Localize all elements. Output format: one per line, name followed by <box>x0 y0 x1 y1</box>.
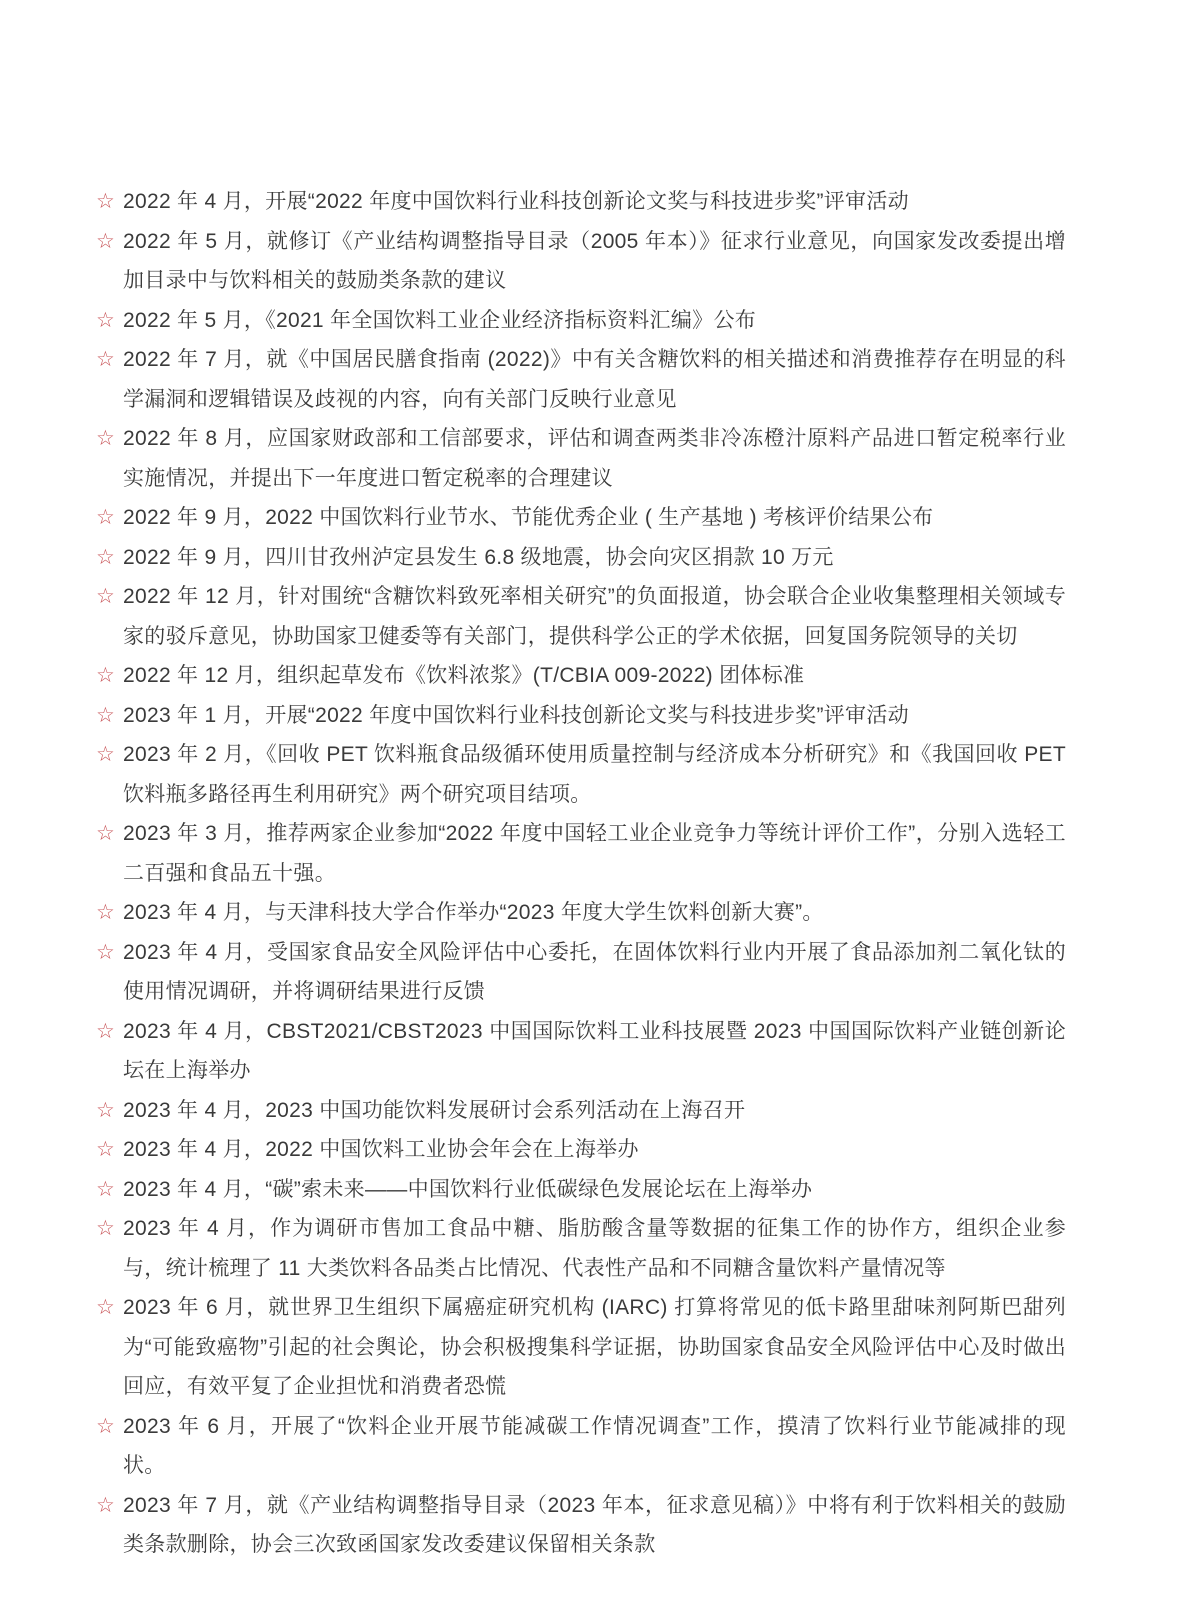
list-item: ☆ 2022 年 9 月，2022 中国饮料行业节水、节能优秀企业 ( 生产基地… <box>96 498 1066 538</box>
list-item-text: 2023 年 7 月，就《产业结构调整指导目录（2023 年本，征求意见稿）》中… <box>123 1494 1066 1557</box>
star-bullet-icon: ☆ <box>96 1486 120 1526</box>
list-item-text: 2023 年 1 月，开展“2022 年度中国饮料行业科技创新论文奖与科技进步奖… <box>123 704 909 727</box>
list-item: ☆ 2023 年 2 月，《回收 PET 饮料瓶食品级循环使用质量控制与经济成本… <box>96 735 1066 814</box>
list-item: ☆ 2023 年 4 月，CBST2021/CBST2023 中国国际饮料工业科… <box>96 1012 1066 1091</box>
list-item-text: 2022 年 12 月，组织起草发布《饮料浓浆》(T/CBIA 009-2022… <box>123 664 804 687</box>
list-item-text: 2023 年 6 月，开展了“饮料企业开展节能减碳工作情况调查”工作，摸清了饮料… <box>123 1415 1066 1478</box>
star-bullet-icon: ☆ <box>96 1091 120 1131</box>
star-bullet-icon: ☆ <box>96 340 120 380</box>
list-item: ☆ 2022 年 8 月，应国家财政部和工信部要求，评估和调查两类非冷冻橙汁原料… <box>96 419 1066 498</box>
star-bullet-icon: ☆ <box>96 182 120 222</box>
list-item: ☆ 2023 年 4 月，2022 中国饮料工业协会年会在上海举办 <box>96 1130 1066 1170</box>
list-item-text: 2022 年 9 月，四川甘孜州泸定县发生 6.8 级地震，协会向灾区捐款 10… <box>123 546 834 569</box>
star-bullet-icon: ☆ <box>96 1012 120 1052</box>
list-item: ☆ 2023 年 3 月，推荐两家企业参加“2022 年度中国轻工业企业竞争力等… <box>96 814 1066 893</box>
list-item-text: 2023 年 4 月，作为调研市售加工食品中糖、脂肪酸含量等数据的征集工作的协作… <box>123 1217 1066 1280</box>
star-bullet-icon: ☆ <box>96 814 120 854</box>
list-item-text: 2023 年 4 月，2022 中国饮料工业协会年会在上海举办 <box>123 1138 639 1161</box>
list-item: ☆ 2023 年 4 月，“碳”索未来——中国饮料行业低碳绿色发展论坛在上海举办 <box>96 1170 1066 1210</box>
list-item: ☆ 2023 年 4 月，与天津科技大学合作举办“2023 年度大学生饮料创新大… <box>96 893 1066 933</box>
star-bullet-icon: ☆ <box>96 577 120 617</box>
list-item-text: 2022 年 12 月，针对围统“含糖饮料致死率相关研究”的负面报道，协会联合企… <box>123 585 1066 648</box>
star-bullet-icon: ☆ <box>96 419 120 459</box>
list-item: ☆ 2022 年 4 月，开展“2022 年度中国饮料行业科技创新论文奖与科技进… <box>96 182 1066 222</box>
list-item: ☆ 2022 年 7 月，就《中国居民膳食指南 (2022)》中有关含糖饮料的相… <box>96 340 1066 419</box>
list-item: ☆ 2023 年 7 月，就《产业结构调整指导目录（2023 年本，征求意见稿）… <box>96 1486 1066 1565</box>
star-bullet-icon: ☆ <box>96 538 120 578</box>
list-item: ☆ 2023 年 4 月，受国家食品安全风险评估中心委托，在固体饮料行业内开展了… <box>96 933 1066 1012</box>
list-item: ☆ 2022 年 9 月，四川甘孜州泸定县发生 6.8 级地震，协会向灾区捐款 … <box>96 538 1066 578</box>
list-item: ☆ 2023 年 6 月，就世界卫生组织下属癌症研究机构 (IARC) 打算将常… <box>96 1288 1066 1407</box>
list-item: ☆ 2023 年 1 月，开展“2022 年度中国饮料行业科技创新论文奖与科技进… <box>96 696 1066 736</box>
list-item-text: 2023 年 4 月，“碳”索未来——中国饮料行业低碳绿色发展论坛在上海举办 <box>123 1178 812 1201</box>
star-bullet-icon: ☆ <box>96 301 120 341</box>
chronicle-list: ☆ 2022 年 4 月，开展“2022 年度中国饮料行业科技创新论文奖与科技进… <box>96 182 1066 1565</box>
list-item-text: 2023 年 3 月，推荐两家企业参加“2022 年度中国轻工业企业竞争力等统计… <box>123 822 1066 885</box>
list-item-text: 2023 年 4 月，与天津科技大学合作举办“2023 年度大学生饮料创新大赛”… <box>123 901 824 924</box>
list-item: ☆ 2022 年 12 月，针对围统“含糖饮料致死率相关研究”的负面报道，协会联… <box>96 577 1066 656</box>
star-bullet-icon: ☆ <box>96 735 120 775</box>
list-item-text: 2022 年 4 月，开展“2022 年度中国饮料行业科技创新论文奖与科技进步奖… <box>123 190 909 213</box>
list-item-text: 2022 年 7 月，就《中国居民膳食指南 (2022)》中有关含糖饮料的相关描… <box>123 348 1066 411</box>
list-item-text: 2023 年 6 月，就世界卫生组织下属癌症研究机构 (IARC) 打算将常见的… <box>123 1296 1066 1398</box>
list-item-text: 2023 年 4 月，受国家食品安全风险评估中心委托，在固体饮料行业内开展了食品… <box>123 941 1066 1004</box>
list-item-text: 2022 年 5 月，《2021 年全国饮料工业企业经济指标资料汇编》公布 <box>123 309 756 332</box>
star-bullet-icon: ☆ <box>96 1407 120 1447</box>
list-item-text: 2022 年 9 月，2022 中国饮料行业节水、节能优秀企业 ( 生产基地 )… <box>123 506 933 529</box>
list-item-text: 2023 年 4 月，CBST2021/CBST2023 中国国际饮料工业科技展… <box>123 1020 1066 1083</box>
star-bullet-icon: ☆ <box>96 656 120 696</box>
list-item: ☆ 2023 年 4 月，2023 中国功能饮料发展研讨会系列活动在上海召开 <box>96 1091 1066 1131</box>
list-item-text: 2023 年 2 月，《回收 PET 饮料瓶食品级循环使用质量控制与经济成本分析… <box>123 743 1066 806</box>
star-bullet-icon: ☆ <box>96 1130 120 1170</box>
list-item: ☆ 2022 年 5 月，就修订《产业结构调整指导目录（2005 年本）》征求行… <box>96 222 1066 301</box>
star-bullet-icon: ☆ <box>96 498 120 538</box>
document-page: ☆ 2022 年 4 月，开展“2022 年度中国饮料行业科技创新论文奖与科技进… <box>0 0 1178 1600</box>
list-item-text: 2022 年 5 月，就修订《产业结构调整指导目录（2005 年本）》征求行业意… <box>123 230 1066 293</box>
star-bullet-icon: ☆ <box>96 696 120 736</box>
list-item: ☆ 2022 年 12 月，组织起草发布《饮料浓浆》(T/CBIA 009-20… <box>96 656 1066 696</box>
list-item: ☆ 2023 年 4 月，作为调研市售加工食品中糖、脂肪酸含量等数据的征集工作的… <box>96 1209 1066 1288</box>
star-bullet-icon: ☆ <box>96 1170 120 1210</box>
star-bullet-icon: ☆ <box>96 222 120 262</box>
list-item-text: 2023 年 4 月，2023 中国功能饮料发展研讨会系列活动在上海召开 <box>123 1099 745 1122</box>
list-item: ☆ 2023 年 6 月，开展了“饮料企业开展节能减碳工作情况调查”工作，摸清了… <box>96 1407 1066 1486</box>
star-bullet-icon: ☆ <box>96 893 120 933</box>
list-item-text: 2022 年 8 月，应国家财政部和工信部要求，评估和调查两类非冷冻橙汁原料产品… <box>123 427 1066 490</box>
star-bullet-icon: ☆ <box>96 1288 120 1328</box>
list-item: ☆ 2022 年 5 月，《2021 年全国饮料工业企业经济指标资料汇编》公布 <box>96 301 1066 341</box>
star-bullet-icon: ☆ <box>96 1209 120 1249</box>
star-bullet-icon: ☆ <box>96 933 120 973</box>
